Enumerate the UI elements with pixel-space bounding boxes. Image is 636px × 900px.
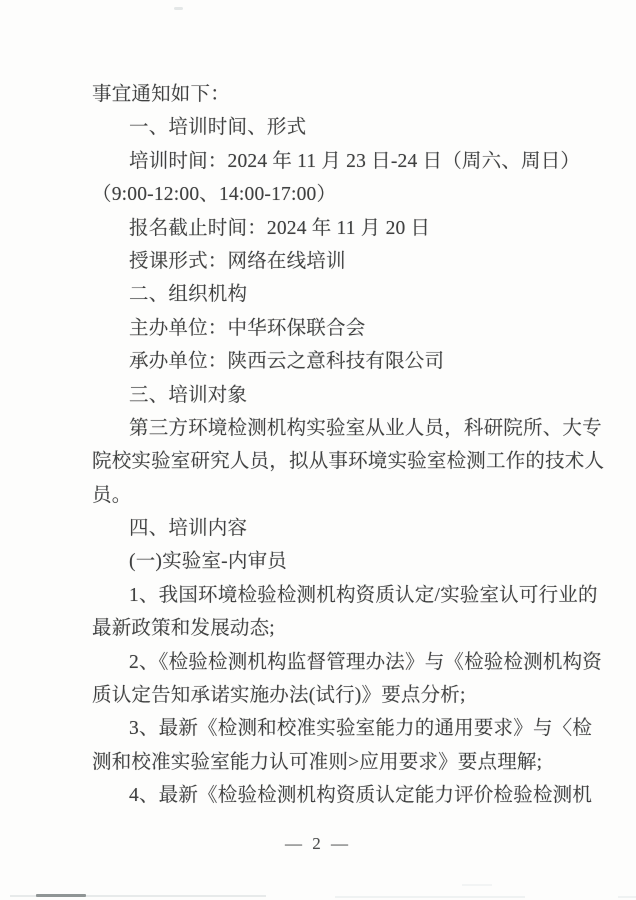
document-line: 最新政策和发展动态; [92,612,582,645]
document-line: (一)实验室-内审员 [92,545,582,578]
scanned-document-page: 事宜通知如下：一、培训时间、形式培训时间：2024 年 11 月 23 日-24… [0,0,636,900]
page-number: — 2 — [0,834,636,854]
document-line: 培训时间：2024 年 11 月 23 日-24 日（周六、周日） [92,145,582,178]
document-line: 2、《检验检测机构监督管理办法》与《检验检测机构资 [92,646,582,679]
document-line: 一、培训时间、形式 [92,111,582,144]
document-line: 质认定告知承诺实施办法(试行)》要点分析; [92,679,582,712]
document-line: 主办单位：中华环保联合会 [92,312,582,345]
document-line: 二、组织机构 [92,278,582,311]
document-line: 第三方环境检测机构实验室从业人员，科研院所、大专 [92,412,582,445]
scan-artifact-bottom-line2 [335,896,525,898]
document-line: 员。 [92,479,582,512]
scan-artifact-top [174,7,183,10]
document-body: 事宜通知如下：一、培训时间、形式培训时间：2024 年 11 月 23 日-24… [92,78,582,813]
document-line: 授课形式：网络在线培训 [92,245,582,278]
document-line: 4、最新《检验检测机构资质认定能力评价检验检测机 [92,779,582,812]
document-line: 3、最新《检测和校准实验室能力的通用要求》与〈检 [92,712,582,745]
scan-artifact-bottom-line3 [618,896,636,898]
document-line: 事宜通知如下： [92,78,582,111]
document-line: 院校实验室研究人员，拟从事环境实验室检测工作的技术人 [92,445,582,478]
scan-artifact-bottom-line [10,895,266,897]
document-line: 测和校准实验室能力认可准则>应用要求》要点理解; [92,746,582,779]
scan-artifact-smudge [462,884,492,886]
scan-artifact-bottom-dark [36,894,86,897]
document-line: 四、培训内容 [92,512,582,545]
document-line: 三、培训对象 [92,379,582,412]
document-line: 1、我国环境检验检测机构资质认定/实验室认可行业的 [92,579,582,612]
document-line: 报名截止时间：2024 年 11 月 20 日 [92,212,582,245]
document-line: 承办单位：陕西云之意科技有限公司 [92,345,582,378]
document-line: （9:00-12:00、14:00-17:00） [92,178,582,211]
